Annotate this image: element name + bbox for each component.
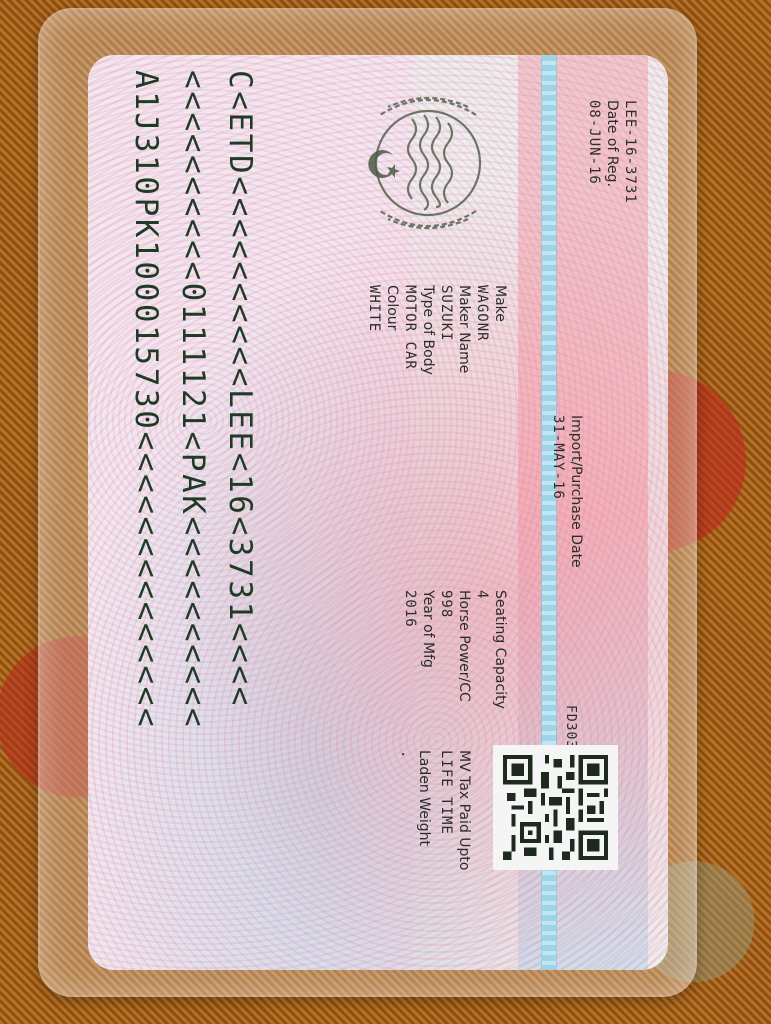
horse-power-value: 998 [438,590,454,618]
type-of-body-value: MOTOR CAR [402,285,418,370]
type-of-body-label: Type of Body [420,285,436,375]
date-of-reg-value: 08-JUN-16 [586,100,602,185]
year-of-mfg-label: Year of Mfg [420,590,436,668]
mrz-line-3: A1J310PK100015730<<<<<<<<<<<<<< [122,70,169,960]
qr-code-icon [503,755,608,860]
horse-power-label: Horse Power/CC [456,590,472,702]
maker-name-value: SUZUKI [438,285,454,342]
laden-weight-value: . [398,750,414,759]
colour-label: Colour [384,285,400,330]
import-purchase-date-value: 31-MAY-16 [550,415,566,500]
card-wrapper: LEE-16-3731 Date of Reg. 08-JUN-16 Impor… [88,55,668,970]
colour-value: WHITE [366,285,382,332]
laden-weight-label: Laden Weight [416,750,432,846]
seating-capacity-value: 4 [474,590,490,599]
tax-paid-label: MV Tax Paid Upto [456,750,472,870]
machine-readable-zone: C<ETD<<<<<<<<<<LEE<16<3731<<<< <<<<<<<<<… [122,70,263,960]
import-purchase-date-label: Import/Purchase Date [568,415,584,568]
maker-name-label: Maker Name [456,285,472,373]
make-label: Make [492,285,508,322]
make-value: WAGONR [474,285,490,342]
registration-number: LEE-16-3731 [622,100,638,204]
qr-code [493,745,618,870]
tax-paid-value: LIFE TIME [438,750,454,835]
mrz-line-1: C<ETD<<<<<<<<<<LEE<16<3731<<<< [216,70,263,960]
emblem-icon [353,75,508,240]
mrz-line-2: <<<<<<<<<<0111121<PAK<<<<<<<<<< [169,70,216,960]
seating-capacity-label: Seating Capacity [492,590,508,709]
vehicle-registration-card: LEE-16-3731 Date of Reg. 08-JUN-16 Impor… [88,55,668,970]
date-of-reg-label: Date of Reg. [604,100,620,187]
year-of-mfg-value: 2016 [402,590,418,628]
